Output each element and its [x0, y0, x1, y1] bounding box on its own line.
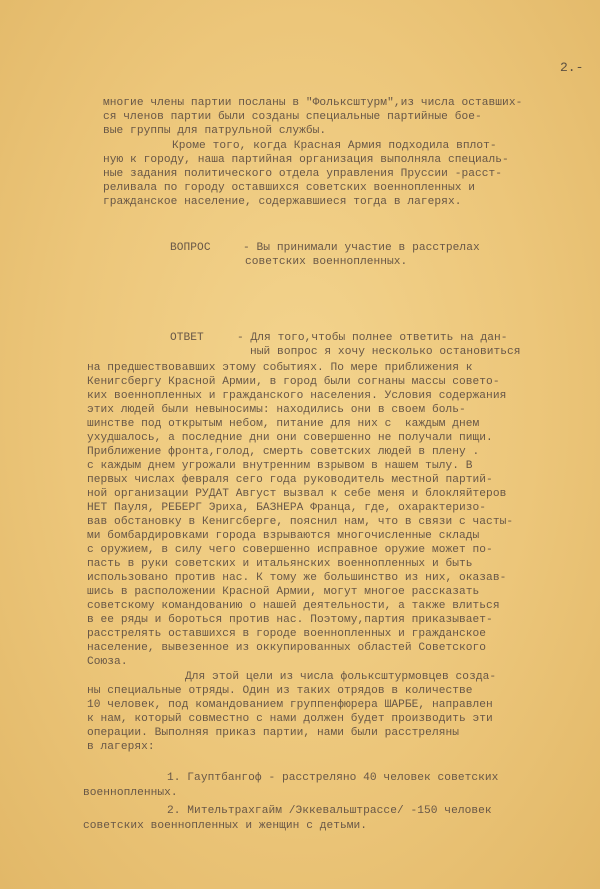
text-line: к нам, который совместно с нами должен б…: [87, 712, 493, 726]
text-line: Для этой цели из числа фольксштурмовцев …: [185, 670, 496, 684]
list-item: советских военнопленных и женщин с детьм…: [83, 819, 367, 833]
answer-text: первых числах февраля сего года руководи…: [87, 473, 493, 487]
text-line: реливала по городу оставшихся советских …: [103, 181, 475, 195]
answer-text: советскому командованию о нашей деятельн…: [87, 599, 500, 613]
answer-text: ухудшалось, а последние дни они совершен…: [87, 431, 493, 445]
answer-text: в ее ряды и бороться против нас. Поэтому…: [87, 613, 493, 627]
answer-text: НЕТ Пауля, РЕБЕРГ Эриха, БАЗНЕРА Франца,…: [87, 501, 486, 515]
text-line: операции. Выполняя приказ партии, нами б…: [87, 726, 459, 740]
answer-label: ОТВЕТ: [170, 331, 204, 345]
answer-text: ми бомбардировками города взрываются мно…: [87, 529, 479, 543]
question-text: - Вы принимали участие в расстрелах: [243, 241, 480, 255]
answer-text: ной организации РУДАТ Август вызвал к се…: [87, 487, 506, 501]
answer-text: ный вопрос я хочу несколько остановиться: [250, 345, 521, 359]
answer-text: с каждым днем угрожали внутренним взрыво…: [87, 459, 473, 473]
answer-text: ких военнопленных и гражданского населен…: [87, 389, 506, 403]
answer-text: население, вывезенное из оккупированных …: [87, 641, 486, 655]
answer-text: расстрелять оставшихся в городе военнопл…: [87, 627, 486, 641]
document-page: 2.- многие члены партии посланы в "Фольк…: [0, 0, 600, 889]
answer-text: на предшествовавших этому событиях. По м…: [87, 361, 473, 375]
text-line: Кроме того, когда Красная Армия подходил…: [172, 139, 497, 153]
text-line: многие члены партии посланы в "Фольксшту…: [103, 96, 522, 110]
answer-text: с оружием, в силу чего совершенно исправ…: [87, 543, 493, 557]
text-line: ся членов партии были созданы специальны…: [103, 110, 482, 124]
answer-text: использовано против нас. К тому же больш…: [87, 571, 506, 585]
answer-text: вав обстановку в Кенигсберге, пояснил на…: [87, 515, 513, 529]
text-line: ны специальные отряды. Один из таких отр…: [87, 684, 473, 698]
answer-text: пасть в руки советских и итальянских вое…: [87, 557, 473, 571]
answer-text: - Для того,чтобы полнее ответить на дан-: [237, 331, 508, 345]
answer-text: шись в расположении Красной Армии, могут…: [87, 585, 479, 599]
list-item: 1. Гауптбангоф - расстреляно 40 человек …: [167, 771, 498, 785]
list-item: 2. Мительтрахгайм /Эккевальштрассе/ -150…: [167, 804, 492, 818]
answer-text: Приближение фронта,голод, смерть советск…: [87, 445, 479, 459]
answer-text: Кенигсбергу Красной Армии, в город были …: [87, 375, 500, 389]
question-label: ВОПРОС: [170, 241, 211, 255]
answer-text: шинстве под открытым небом, питание для …: [87, 417, 479, 431]
text-line: ную к городу, наша партийная организация…: [103, 153, 509, 167]
answer-text: Союза.: [87, 655, 128, 669]
page-number: 2.-: [560, 60, 583, 75]
text-line: 10 человек, под командованием группенфюр…: [87, 698, 493, 712]
question-text: советских военнопленных.: [245, 255, 407, 269]
text-line: вые группы для патрульной службы.: [103, 124, 326, 138]
text-line: в лагерях:: [87, 740, 155, 754]
list-item: военнопленных.: [83, 786, 178, 800]
text-line: ные задания политического отдела управле…: [103, 167, 502, 181]
answer-text: этих людей были невыносимы: находились о…: [87, 403, 466, 417]
text-line: гражданское население, содержавшиеся тог…: [103, 195, 461, 209]
